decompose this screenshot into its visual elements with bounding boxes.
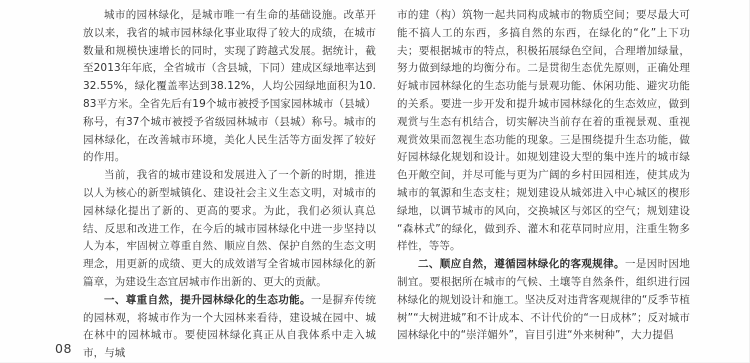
section-two-heading: 二、顺应自然，遵循园林绿化的客观规律。 xyxy=(418,258,625,270)
column-left: 城市的园林绿化，是城市唯一有生命的基础设施。改革开放以来，我省的城市园林绿化事业… xyxy=(83,7,376,363)
section-one-heading: 一、尊重自然，提升园林绿化的生态功能。 xyxy=(104,294,311,306)
paragraph-text: 市的建（构）筑物一起共同构成城市的物质空间；要尽最大可能不搞人工的东西，多搞自然… xyxy=(397,9,690,252)
paragraph-intro: 城市的园林绿化，是城市唯一有生命的基础设施。改革开放以来，我省的城市园林绿化事业… xyxy=(83,7,376,167)
paragraph-section-one: 一、尊重自然，提升园林绿化的生态功能。一是摒弃传统的园林观，将城市作为一个大园林… xyxy=(83,292,376,363)
text-columns: 城市的园林绿化，是城市唯一有生命的基础设施。改革开放以来，我省的城市园林绿化事业… xyxy=(0,0,750,363)
page-number: 08 xyxy=(55,341,72,356)
paragraph-text: 一是因时因地制宜。要根据所在城市的气候、土壤等自然条件，组织进行园林绿化的规划设… xyxy=(397,258,690,341)
document-page: 城市的园林绿化，是城市唯一有生命的基础设施。改革开放以来，我省的城市园林绿化事业… xyxy=(0,0,750,363)
paragraph-text: 当前，我省的城市建设和发展进入了一个新的时期，推进以人为核心的新型城镇化、建设社… xyxy=(83,169,376,288)
paragraph-text: 城市的园林绿化，是城市唯一有生命的基础设施。改革开放以来，我省的城市园林绿化事业… xyxy=(83,9,376,163)
paragraph-current-situation: 当前，我省的城市建设和发展进入了一个新的时期，推进以人为核心的新型城镇化、建设社… xyxy=(83,167,376,292)
column-right: 市的建（构）筑物一起共同构成城市的物质空间；要尽最大可能不搞人工的东西，多搞自然… xyxy=(397,7,690,363)
paragraph-section-one-continued: 市的建（构）筑物一起共同构成城市的物质空间；要尽最大可能不搞人工的东西，多搞自然… xyxy=(397,7,690,256)
paragraph-section-two: 二、顺应自然，遵循园林绿化的客观规律。一是因时因地制宜。要根据所在城市的气候、土… xyxy=(397,256,690,345)
